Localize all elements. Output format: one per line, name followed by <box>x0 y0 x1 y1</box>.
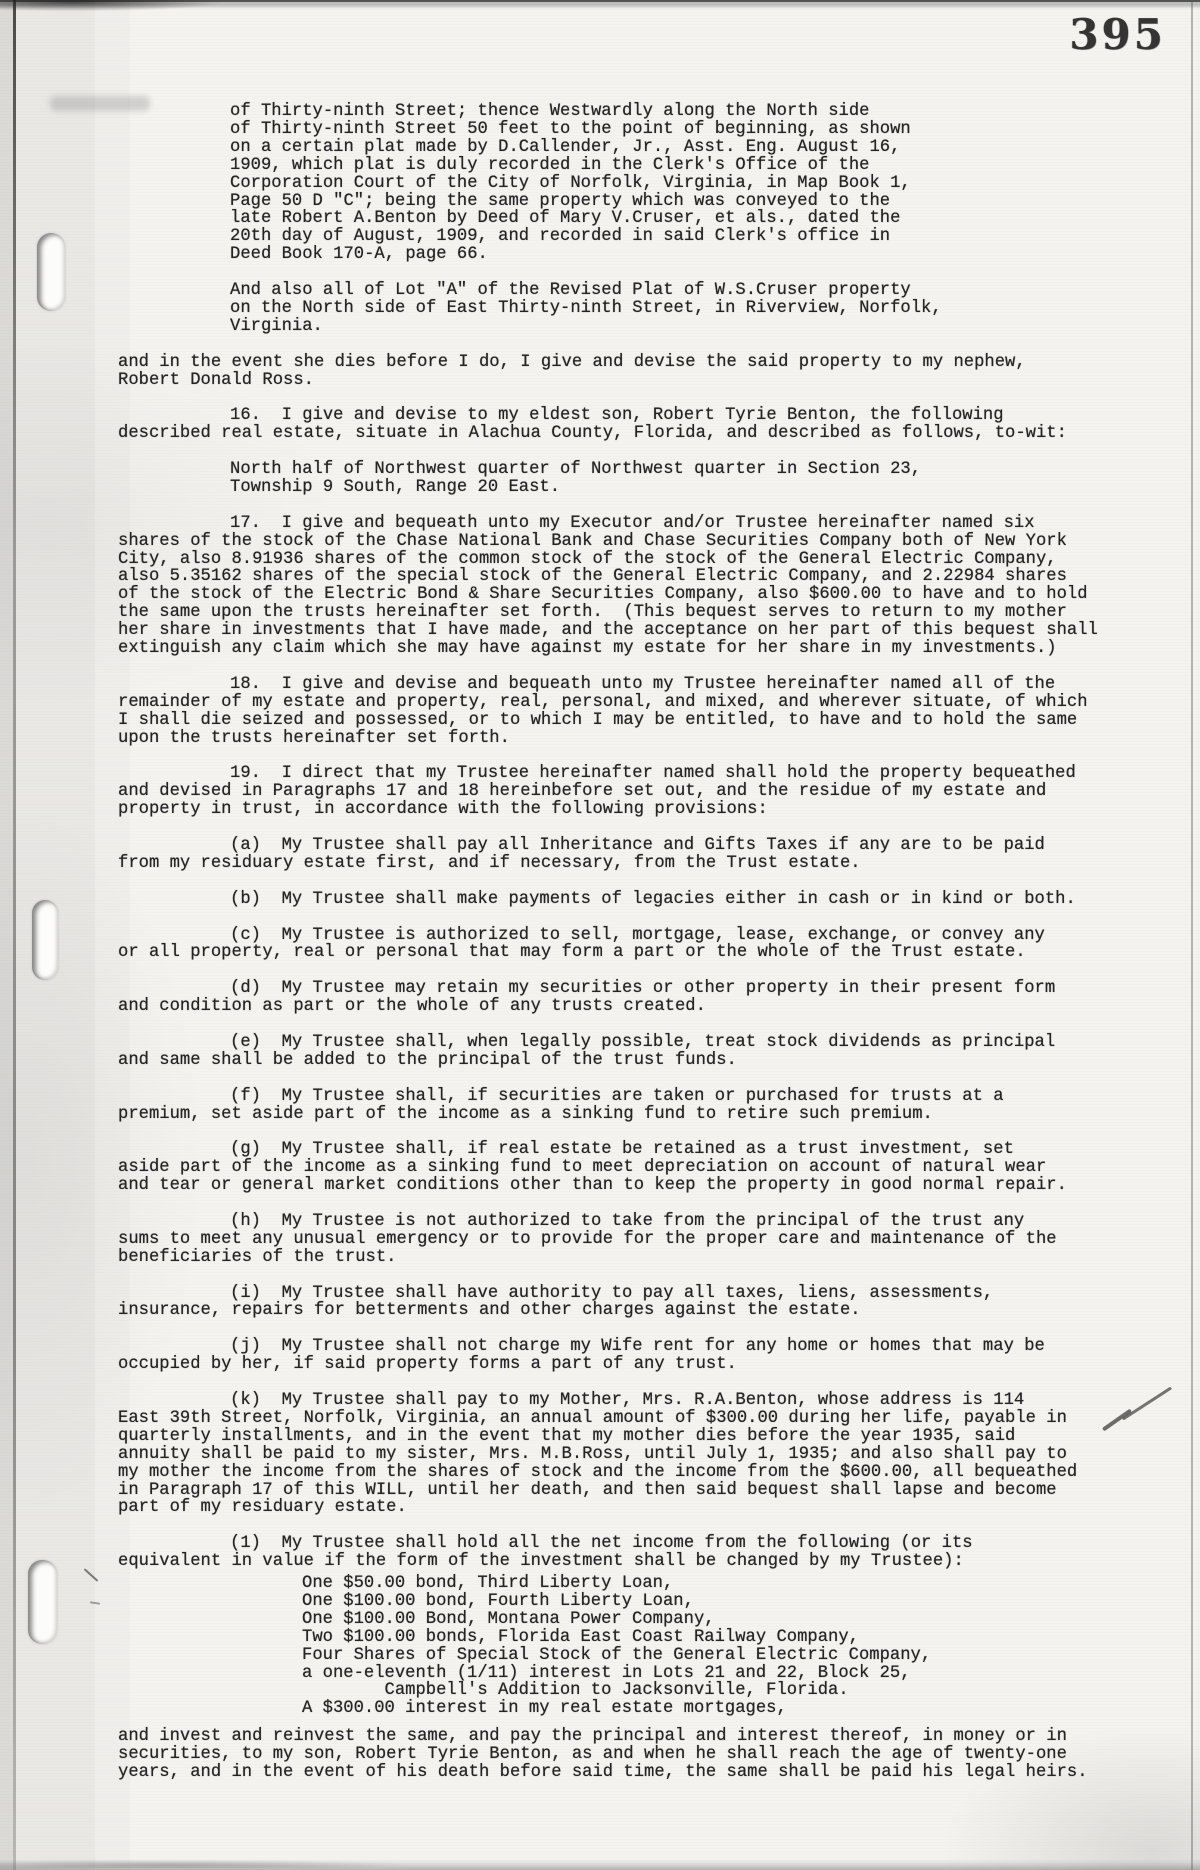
provision-c: (c) My Trustee is authorized to sell, mo… <box>118 927 1194 963</box>
provision-j: (j) My Trustee shall not charge my Wife … <box>118 1338 1194 1374</box>
paragraph-18: 18. I give and devise and bequeath unto … <box>118 676 1194 748</box>
scanned-will-page: { "page": { "number": "395", "ink_color"… <box>0 0 1200 1870</box>
film-edge-bottom-smudge <box>0 1858 420 1868</box>
paragraph-19: 19. I direct that my Trustee hereinafter… <box>118 765 1194 819</box>
provision-b: (b) My Trustee shall make payments of le… <box>118 891 1194 909</box>
paragraph-16: 16. I give and devise to my eldest son, … <box>118 407 1194 443</box>
closing-instruction: and invest and reinvest the same, and pa… <box>118 1728 1194 1782</box>
paragraph-16-description: North half of Northwest quarter of North… <box>230 461 1194 497</box>
bond-list: One $50.00 bond, Third Liberty Loan, One… <box>302 1575 1194 1718</box>
provision-e: (e) My Trustee shall, when legally possi… <box>118 1034 1194 1070</box>
provision-d: (d) My Trustee may retain my securities … <box>118 980 1194 1016</box>
property-description-continued: of Thirty-ninth Street; thence Westwardl… <box>230 103 1194 264</box>
provision-l-intro: (1) My Trustee shall hold all the net in… <box>118 1535 1194 1571</box>
lot-a-description: And also all of Lot "A" of the Revised P… <box>230 282 1194 336</box>
document-body: of Thirty-ninth Street; thence Westwardl… <box>0 0 1200 1800</box>
paragraph-17: 17. I give and bequeath unto my Executor… <box>118 515 1194 658</box>
provision-h: (h) My Trustee is not authorized to take… <box>118 1213 1194 1267</box>
provision-k: (k) My Trustee shall pay to my Mother, M… <box>118 1392 1194 1517</box>
provision-f: (f) My Trustee shall, if securities are … <box>118 1088 1194 1124</box>
provision-a: (a) My Trustee shall pay all Inheritance… <box>118 837 1194 873</box>
provision-g: (g) My Trustee shall, if real estate be … <box>118 1141 1194 1195</box>
provision-i: (i) My Trustee shall have authority to p… <box>118 1285 1194 1321</box>
devise-to-nephew: and in the event she dies before I do, I… <box>118 354 1194 390</box>
